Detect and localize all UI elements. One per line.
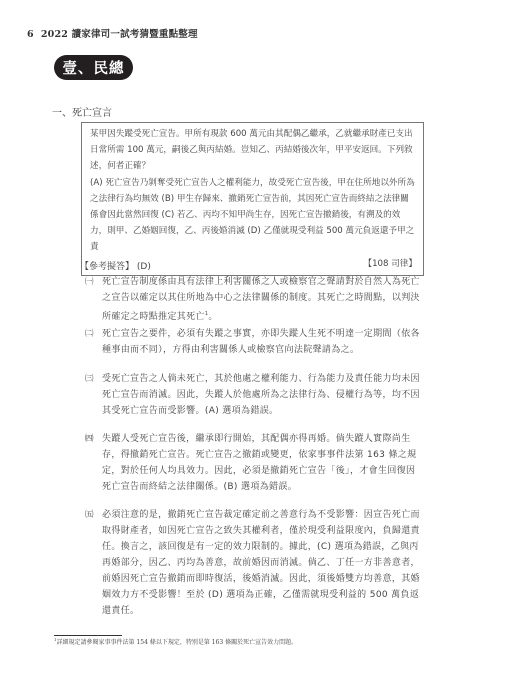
item-number: ㈡: [85, 326, 102, 358]
item-number: ㈢: [85, 371, 102, 419]
item-number: ㈠: [85, 274, 102, 325]
book-title: 2022 讀家律司一試考猜暨重點整理: [41, 29, 198, 40]
item-number: ㈤: [85, 507, 102, 619]
item-text: 失蹤人受死亡宣告後，繼承即行開始，其配偶亦得再婚。倘失蹤人實際尚生存，得撤銷死亡…: [102, 431, 421, 495]
explanation-item-2: ㈡ 死亡宣告之要件，必須有失蹤之事實，亦即失蹤人生死不明達一定期間（依各種事由而…: [85, 326, 421, 358]
question-stem: 某甲因失蹤受死亡宣告。甲所有現款 600 萬元由其配偶乙繼承，乙就繼承財產已支出…: [90, 126, 417, 175]
explanation-item-3: ㈢ 受死亡宣告之人倘未死亡，其於他處之權利能力、行為能力及責任能力均未因死亡宣告…: [85, 371, 421, 419]
reference-answer: 【參考擬答】 (D): [80, 259, 151, 272]
explanation-item-5: ㈤ 必須注意的是，撤銷死亡宣告裁定確定前之善意行為不受影響：因宣告死亡而取得財產…: [85, 507, 421, 619]
chapter-badge: 壹、民總: [54, 55, 133, 80]
footnote-text: 詳細規定請參閱家事事件法第 154 條以下規定，特別是第 163 條關於死亡宣告…: [57, 639, 298, 646]
item-text: 必須注意的是，撤銷死亡宣告裁定確定前之善意行為不受影響：因宣告死亡而取得財產者，…: [102, 507, 421, 619]
explanation-item-4: ㈣ 失蹤人受死亡宣告後，繼承即行開始，其配偶亦得再婚。倘失蹤人實際尚生存，得撤銷…: [85, 431, 421, 495]
question-options: (A) 死亡宣告乃剝奪受死亡宣告人之權利能力，故受死亡宣告後，甲在住所地以外所為…: [90, 175, 417, 256]
section-title: 一、死亡宣言: [52, 104, 112, 119]
item-number: ㈣: [85, 431, 102, 495]
footnote: 1詳細規定請參閱家事事件法第 154 條以下規定，特別是第 163 條關於死亡宣…: [54, 637, 297, 646]
running-header: 6 2022 讀家律司一試考猜暨重點整理: [27, 26, 198, 40]
explanation-item-1: ㈠ 死亡宣告制度係由具有法律上利害關係之人或檢察官之聲請對於自然人為死亡之宣告以…: [85, 274, 421, 325]
item-text: 死亡宣告制度係由具有法律上利害關係之人或檢察官之聲請對於自然人為死亡之宣告以確定…: [102, 274, 421, 325]
answer-value: (D): [137, 262, 151, 272]
answer-label: 【參考擬答】: [80, 262, 134, 272]
page-number: 6: [27, 29, 34, 40]
chapter-label: 壹、民總: [63, 57, 125, 78]
item-text: 死亡宣告之要件，必須有失蹤之事實，亦即失蹤人生死不明達一定期間（依各種事由而不同…: [102, 326, 421, 358]
item-text: 受死亡宣告之人倘未死亡，其於他處之權利能力、行為能力及責任能力均未因死亡宣告而消…: [102, 371, 421, 419]
question-box: 某甲因失蹤受死亡宣告。甲所有現款 600 萬元由其配偶乙繼承，乙就繼承財產已支出…: [81, 122, 424, 276]
footnote-divider: [54, 635, 122, 636]
